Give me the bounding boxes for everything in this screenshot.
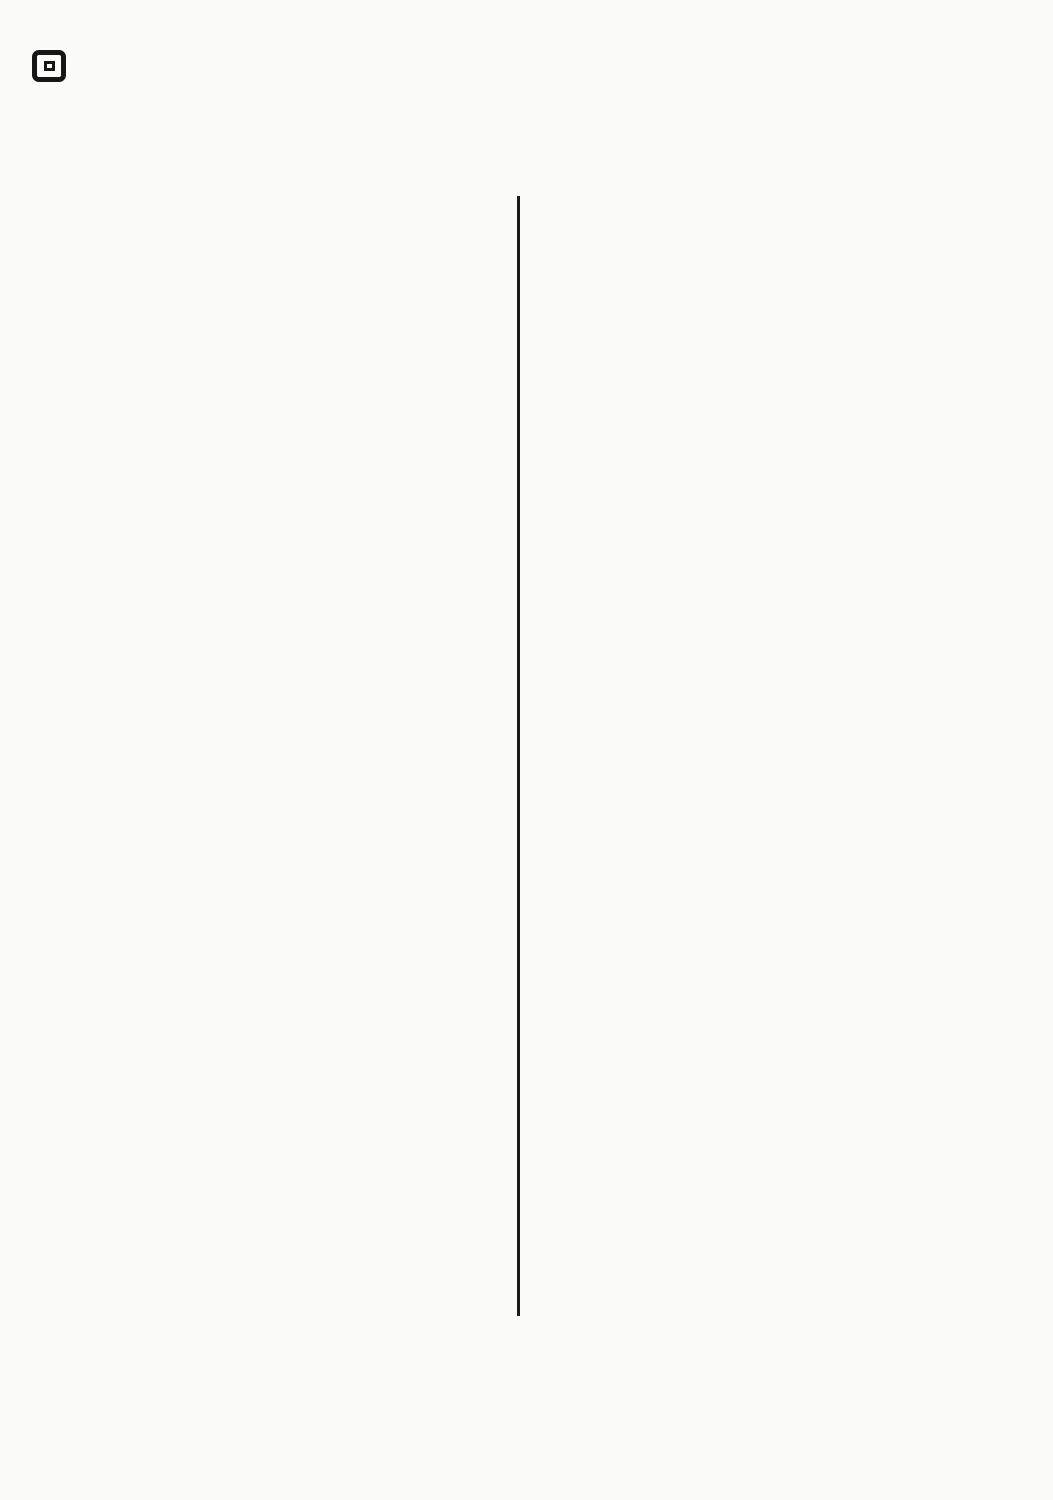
- scanned-doujinshi-afterword-page: { "header": { "title": "POST SCRIPT", "t…: [0, 0, 1053, 1500]
- square-icon-inner: [44, 61, 55, 71]
- column-divider: [517, 196, 520, 1316]
- halftone-top-band: [0, 0, 1053, 230]
- post-script-title-box: [22, 46, 92, 88]
- square-icon: [32, 50, 66, 82]
- halftone-bottom-band: [0, 1232, 1053, 1500]
